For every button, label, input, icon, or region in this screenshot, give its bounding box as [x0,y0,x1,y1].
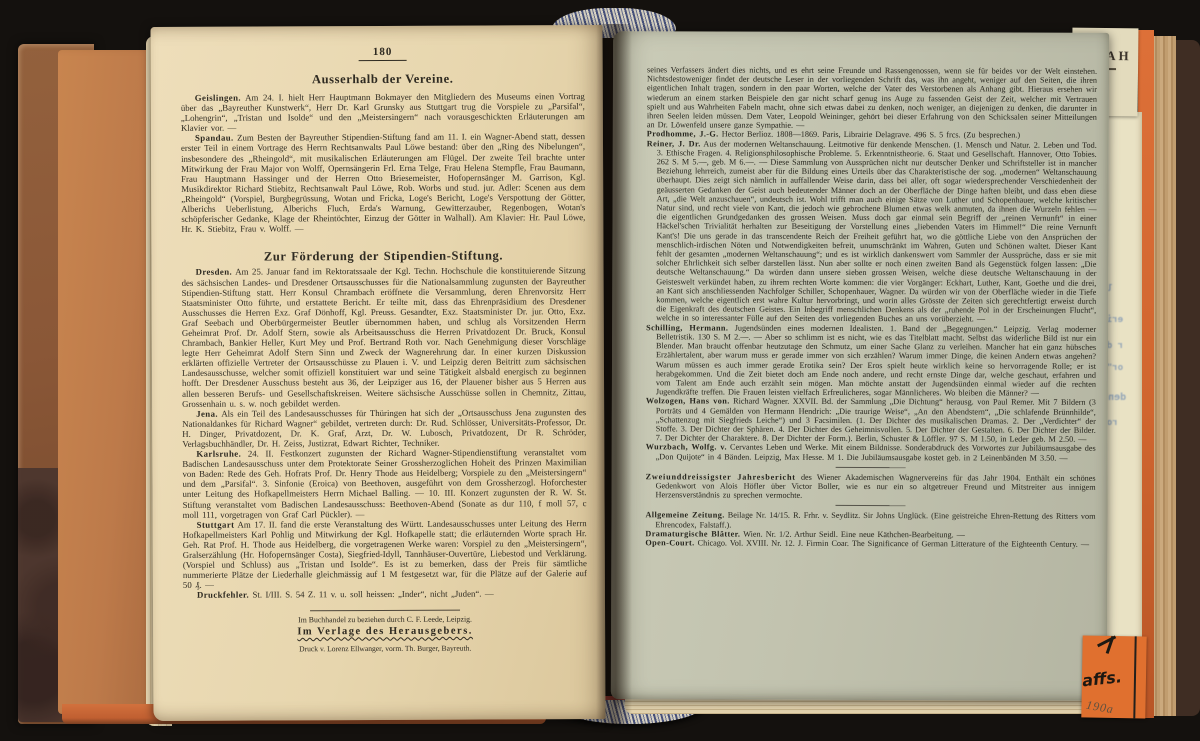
entry-open-court: Open-Court. Chicago. Vol. XVIII. Nr. 12.… [645,538,1095,549]
entry-wolzogen: Wolzogen, Hans von. Richard Wagner. XXVI… [646,397,1096,445]
right-page-body: seines Verfassers ändert dies nichts, un… [645,65,1097,549]
distribution-note: Im Buchhandel zu beziehen durch C. F. Le… [183,614,587,625]
paragraph-text: Als ein Teil des Landesausschusses für T… [182,407,586,449]
paragraph-text: 24. II. Festkonzert zugunsten der Richar… [182,447,586,519]
entry-schilling: Schilling, Hermann. Jugendsünden eines m… [646,323,1096,398]
entry-jahresbericht: Zweiunddreissigster Jahresbericht des Wi… [646,472,1096,501]
entry-reiner: Reiner, J. Dr. Aus der modernen Weltansc… [646,139,1097,325]
entry-lead: Reiner, J. Dr. [647,139,701,148]
endpaper [58,50,156,714]
paragraph-lead: Dresden. [196,267,233,277]
entry-lead: Zweiunddreissigster Jahresbericht [646,472,796,482]
entry-text: Wien. Nr. 1/2. Arthur Seidl. Eine neue K… [740,529,965,539]
paragraph-lead: Geislingen. [195,93,241,103]
entry-wurzbach: Wurzbach, Wolfg. v. Cervantes Leben und … [646,443,1096,463]
entry-lead: Wurzbach, Wolfg. v. [646,443,727,452]
paragraph-text: Am 25. Januar fand im Rektoratssaale der… [182,265,587,408]
entry-lead: Allgemeine Zeitung. [645,511,724,520]
book-photo-scene: ltt eria, r der or"(2 denbu rotl L SAH 1… [0,0,1200,741]
paragraph-lead: Druckfehler. [197,590,249,600]
paragraph-lead: Karlsruhe. [196,449,241,459]
imprint-footer: Im Buchhandel zu beziehen durch C. F. Le… [183,609,587,654]
entry-text: Chicago. Vol. XVIII. Nr. 12. J. Firmin C… [695,538,1089,548]
paragraph-geislingen: Geislingen. Am 24. I. hielt Herr Hauptma… [181,91,585,133]
paragraph-text: Zum Besten der Bayreuther Stipendien-Sti… [181,131,585,234]
section-heading-vereine: Ausserhalb der Vereine. [181,71,585,88]
entry-allgemeine-zeitung: Allgemeine Zeitung. Beilage Nr. 14/15. R… [645,511,1095,531]
entry-text: Aus der modernen Weltanschauung. Leitmot… [656,139,1097,324]
section-heading-stipendien: Zur Förderung der Stipendien-Stiftung. [181,250,585,262]
paragraph-text: Am 24. I. hielt Herr Hauptmann Bokmayer … [181,91,585,133]
page-number: 180 [181,45,585,59]
entry-text: Jugendsünden eines modernen Idealisten. … [656,323,1096,398]
paragraph-lead: Spandau. [195,133,234,143]
paragraph-lead: Jena. [196,408,218,418]
paragraph-spandau: Spandau. Zum Besten der Bayreuther Stipe… [181,131,585,234]
left-page: 180 Ausserhalb der Vereine. Geislingen. … [150,25,605,721]
paragraph-text: seines Verfassers ändert dies nichts, un… [647,65,1097,130]
paragraph-lead: Stuttgart [197,519,235,529]
printer-line: Druck v. Lorenz Ellwanger, vorm. Th. Bur… [183,643,587,654]
paragraph-jena: Jena. Als ein Teil des Landesausschusses… [182,407,586,449]
right-page: seines Verfassers ändert dies nichts, un… [611,31,1109,701]
entry-lead: Dramaturgische Blätter. [645,529,740,538]
publisher-line: Im Verlage des Herausgebers. [183,625,587,638]
page-stack-right [1152,36,1176,716]
back-cover-edge [1174,40,1200,716]
paragraph-karlsruhe: Karlsruhe. 24. II. Festkonzert zugunsten… [182,447,586,519]
entry-lead: Wolzogen, Hans von. [646,397,730,406]
page-number-text: 180 [359,46,407,61]
paragraph-druckfehler: Druckfehler. St. I/III. S. 54 Z. 11 v. u… [183,588,587,600]
paragraph-stuttgart: Stuttgart Am 17. II. fand die erste Vera… [183,518,587,590]
paragraph-continuation: seines Verfassers ändert dies nichts, un… [647,65,1097,131]
footer-rule [310,609,460,611]
entry-lead: Open-Court. [645,538,694,547]
section-gap [181,232,585,246]
paragraph-text: Am 17. II. fand die erste Veranstaltung … [183,518,587,590]
paragraph-dresden: Dresden. Am 25. Januar fand im Rektorats… [182,265,587,408]
handwritten-note: affs. [1081,665,1147,691]
entry-lead: Schilling, Hermann. [646,323,728,332]
separator-rule [836,467,906,468]
paragraph-text: St. I/III. S. 54 Z. 11 v. u. soll heisse… [249,589,494,600]
left-page-body: Geislingen. Am 24. I. hielt Herr Hauptma… [181,91,587,600]
separator-rule [836,505,906,506]
entry-lead: Prodhomme, J.-G. [647,130,719,139]
